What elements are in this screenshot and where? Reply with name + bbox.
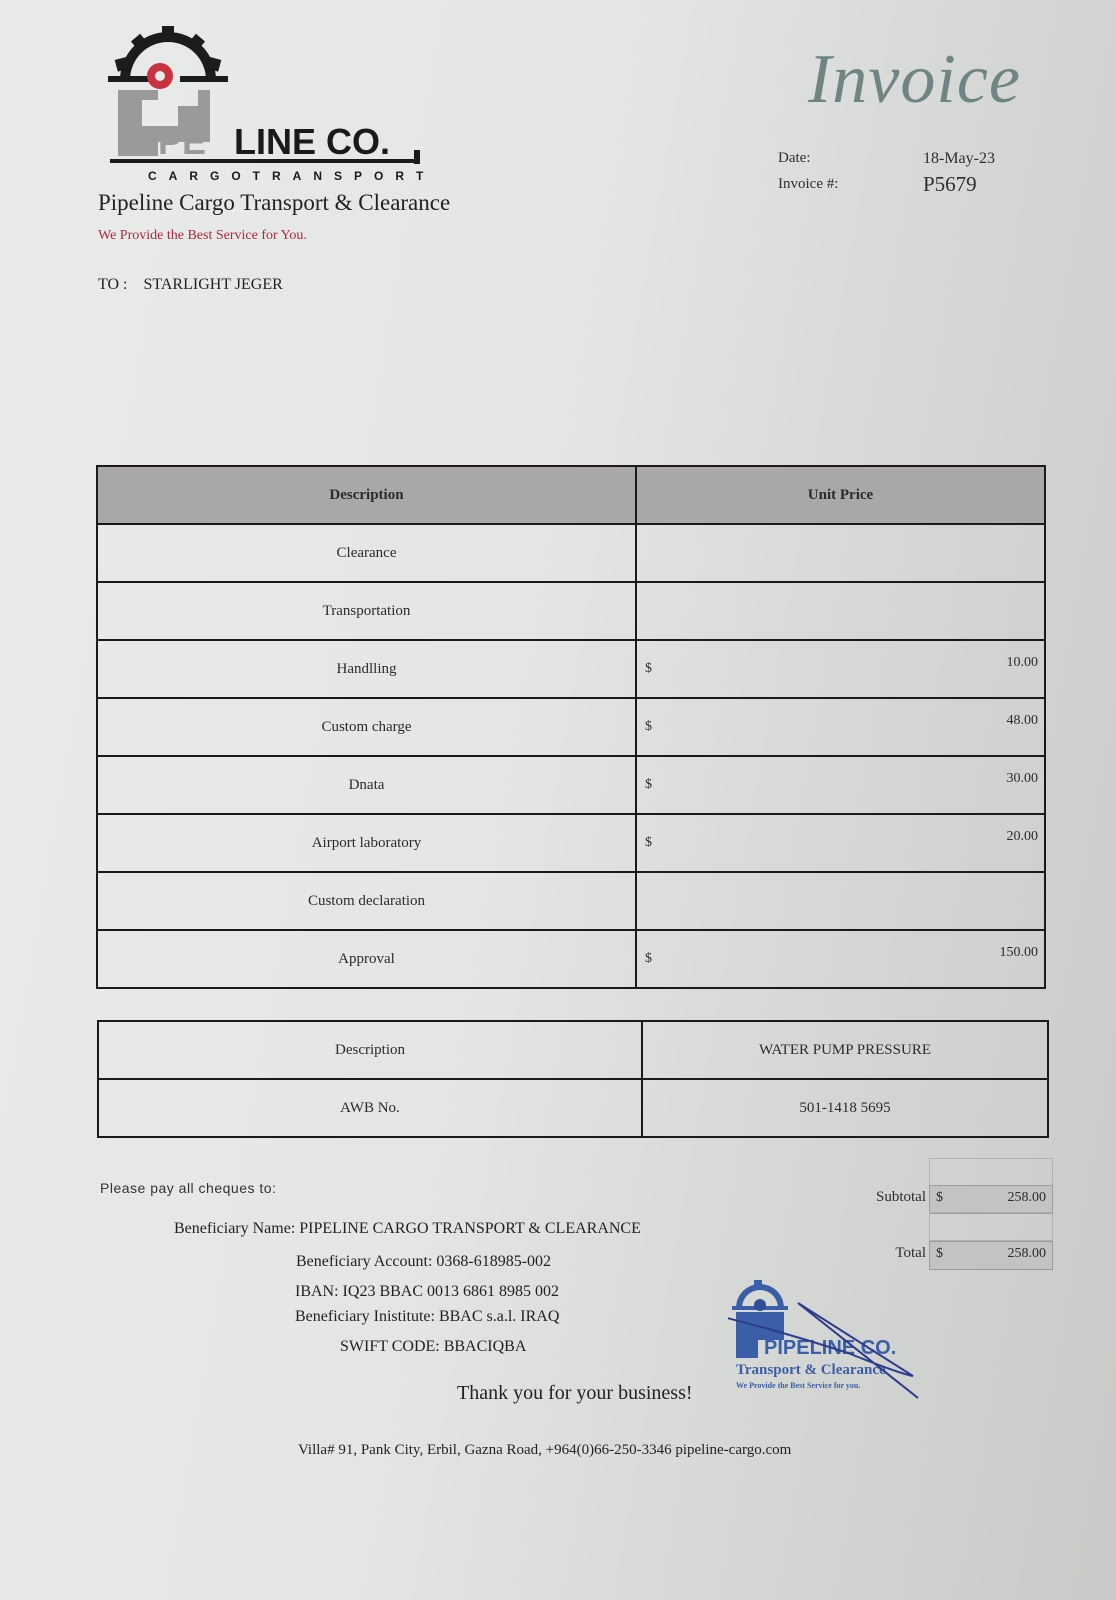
company-stamp: PIPELINE CO. Transport & Clearance We Pr… [728, 1278, 928, 1423]
item-unit-price: $30.00 [636, 756, 1045, 814]
company-logo: IPE LINE CO. CARGOTRANSPORT [108, 22, 438, 192]
recipient-name: STARLIGHT JEGER [143, 276, 282, 293]
items-table-header: Description Unit Price [97, 466, 1045, 524]
svg-text:Transport & Clearance: Transport & Clearance [736, 1362, 886, 1378]
svg-text:IPE: IPE [148, 121, 206, 162]
table-row: Clearance [97, 524, 1045, 582]
item-currency: $ [645, 951, 652, 967]
table-row: Transportation [97, 582, 1045, 640]
totals-spacer [929, 1158, 1053, 1187]
date-label: Date: [778, 150, 810, 167]
invoice-number-label: Invoice #: [778, 176, 838, 193]
subtotal-value: 258.00 [1008, 1190, 1047, 1206]
beneficiary-account: Beneficiary Account: 0368-618985-002 [296, 1253, 551, 1271]
item-description: Airport laboratory [97, 814, 636, 872]
subtotal-row: Subtotal $ 258.00 [860, 1185, 1052, 1212]
recipient: TO : STARLIGHT JEGER [98, 276, 295, 294]
items-table: Description Unit Price ClearanceTranspor… [96, 465, 1046, 989]
table-row: Handlling$10.00 [97, 640, 1045, 698]
iban: IBAN: IQ23 BBAC 0013 6861 8985 002 [295, 1283, 559, 1301]
subtotal-currency: $ [936, 1190, 943, 1206]
item-currency: $ [645, 661, 652, 677]
total-box: $ 258.00 [929, 1241, 1053, 1270]
table-row: Description WATER PUMP PRESSURE [98, 1021, 1048, 1079]
total-row: Total $ 258.00 [860, 1241, 1052, 1268]
item-description: Dnata [97, 756, 636, 814]
item-description: Custom charge [97, 698, 636, 756]
item-amount: 150.00 [1000, 945, 1039, 961]
item-unit-price [636, 524, 1045, 582]
beneficiary-institute: Beneficiary Inistitute: BBAC s.a.l. IRAQ [295, 1308, 559, 1326]
payment-instruction: Please pay all cheques to: [100, 1180, 276, 1196]
item-unit-price [636, 582, 1045, 640]
awb-label: AWB No. [98, 1079, 642, 1137]
header-unit-price: Unit Price [636, 466, 1045, 524]
total-label: Total [895, 1245, 926, 1262]
subtotal-label: Subtotal [876, 1189, 926, 1206]
item-amount: 48.00 [1007, 713, 1039, 729]
item-currency: $ [645, 835, 652, 851]
company-slogan: We Provide the Best Service for You. [98, 228, 307, 244]
item-currency: $ [645, 777, 652, 793]
shipment-table: Description WATER PUMP PRESSURE AWB No. … [97, 1020, 1049, 1138]
table-row: Approval$150.00 [97, 930, 1045, 988]
table-row: Dnata$30.00 [97, 756, 1045, 814]
date-value: 18-May-23 [923, 150, 995, 168]
item-amount: 10.00 [1007, 655, 1039, 671]
item-amount: 20.00 [1007, 829, 1039, 845]
item-unit-price: $150.00 [636, 930, 1045, 988]
company-full-name: Pipeline Cargo Transport & Clearance [98, 190, 450, 216]
subtotal-box: $ 258.00 [929, 1185, 1053, 1214]
item-currency: $ [645, 719, 652, 735]
item-amount: 30.00 [1007, 771, 1039, 787]
table-row: Custom charge$48.00 [97, 698, 1045, 756]
item-description: Approval [97, 930, 636, 988]
company-address-footer: Villa# 91, Pank City, Erbil, Gazna Road,… [298, 1442, 791, 1459]
swift-code: SWIFT CODE: BBACIQBA [340, 1338, 526, 1356]
item-description: Transportation [97, 582, 636, 640]
invoice-number-value: P5679 [923, 172, 977, 197]
svg-text:LINE CO.: LINE CO. [234, 121, 390, 162]
svg-text:CARGOTRANSPORT: CARGOTRANSPORT [148, 169, 435, 183]
beneficiary-name: Beneficiary Name: PIPELINE CARGO TRANSPO… [174, 1220, 641, 1238]
item-unit-price [636, 872, 1045, 930]
totals-spacer [929, 1212, 1053, 1241]
item-unit-price: $20.00 [636, 814, 1045, 872]
item-unit-price: $10.00 [636, 640, 1045, 698]
recipient-label: TO : [98, 276, 127, 293]
total-value: 258.00 [1008, 1246, 1047, 1262]
description-label: Description [98, 1021, 642, 1079]
svg-text:We Provide the Best Service fo: We Provide the Best Service for you. [736, 1381, 860, 1390]
item-unit-price: $48.00 [636, 698, 1045, 756]
table-row: Custom declaration [97, 872, 1045, 930]
invoice-title: Invoice [808, 40, 1021, 120]
thank-you-note: Thank you for your business! [457, 1382, 693, 1405]
table-row: Airport laboratory$20.00 [97, 814, 1045, 872]
item-description: Clearance [97, 524, 636, 582]
header-description: Description [97, 466, 636, 524]
total-currency: $ [936, 1246, 943, 1262]
table-row: AWB No. 501-1418 5695 [98, 1079, 1048, 1137]
item-description: Handlling [97, 640, 636, 698]
item-description: Custom declaration [97, 872, 636, 930]
awb-value: 501-1418 5695 [642, 1079, 1048, 1137]
description-value: WATER PUMP PRESSURE [642, 1021, 1048, 1079]
